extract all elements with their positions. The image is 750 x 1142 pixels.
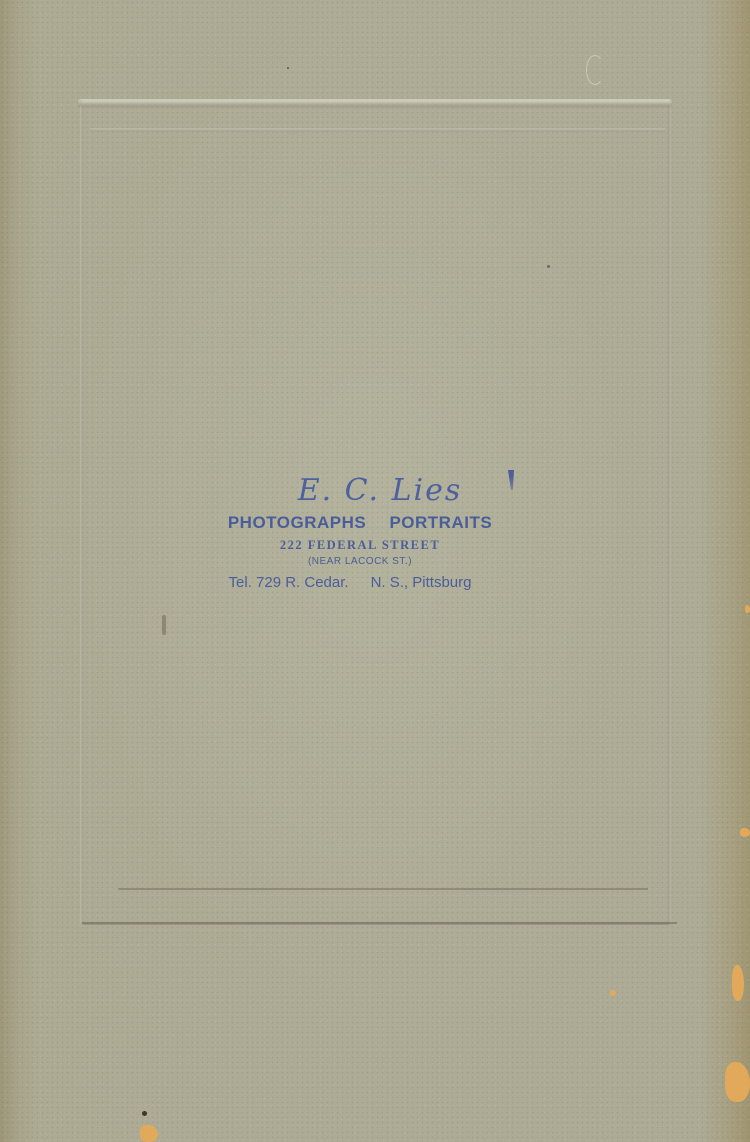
embossed-frame-inner-bottom <box>118 888 648 890</box>
stamp-city: N. S., Pittsburg <box>371 572 472 594</box>
foxing-stain <box>725 1062 750 1102</box>
stamp-address-note: (NEAR LACOCK ST.) <box>190 554 530 570</box>
embossed-frame-bottom-edge <box>82 922 677 924</box>
stamp-services: PHOTOGRAPHS PORTRAITS <box>190 512 530 534</box>
dark-speck <box>287 67 289 69</box>
dark-speck <box>547 265 550 268</box>
foxing-stain <box>732 965 744 1001</box>
foxing-stain <box>740 828 750 837</box>
embossed-frame-inner-top <box>90 128 665 132</box>
scratch-mark <box>162 615 166 635</box>
photographer-signature: E. C. Lies <box>230 472 530 510</box>
stamp-contact: Tel. 729 R. Cedar. N. S., Pittsburg <box>170 572 530 594</box>
foxing-stain <box>610 990 616 996</box>
stamp-address: 222 FEDERAL STREET <box>190 536 530 554</box>
stamp-services-left: PHOTOGRAPHS <box>228 513 366 532</box>
photographer-stamp: E. C. Lies PHOTOGRAPHS PORTRAITS 222 FED… <box>190 472 530 594</box>
embossed-frame-right-edge <box>668 105 671 923</box>
dark-speck <box>142 1111 147 1116</box>
stamp-services-right: PORTRAITS <box>389 513 492 532</box>
foxing-stain <box>745 605 750 613</box>
foxing-stain <box>140 1125 158 1142</box>
embossed-frame-top-edge <box>78 99 672 109</box>
cabinet-card-back: E. C. Lies PHOTOGRAPHS PORTRAITS 222 FED… <box>0 0 750 1142</box>
stamp-telephone: Tel. 729 R. Cedar. <box>229 572 349 594</box>
embossed-frame-left-edge <box>80 105 83 923</box>
paper-scuff-mark <box>586 55 604 85</box>
